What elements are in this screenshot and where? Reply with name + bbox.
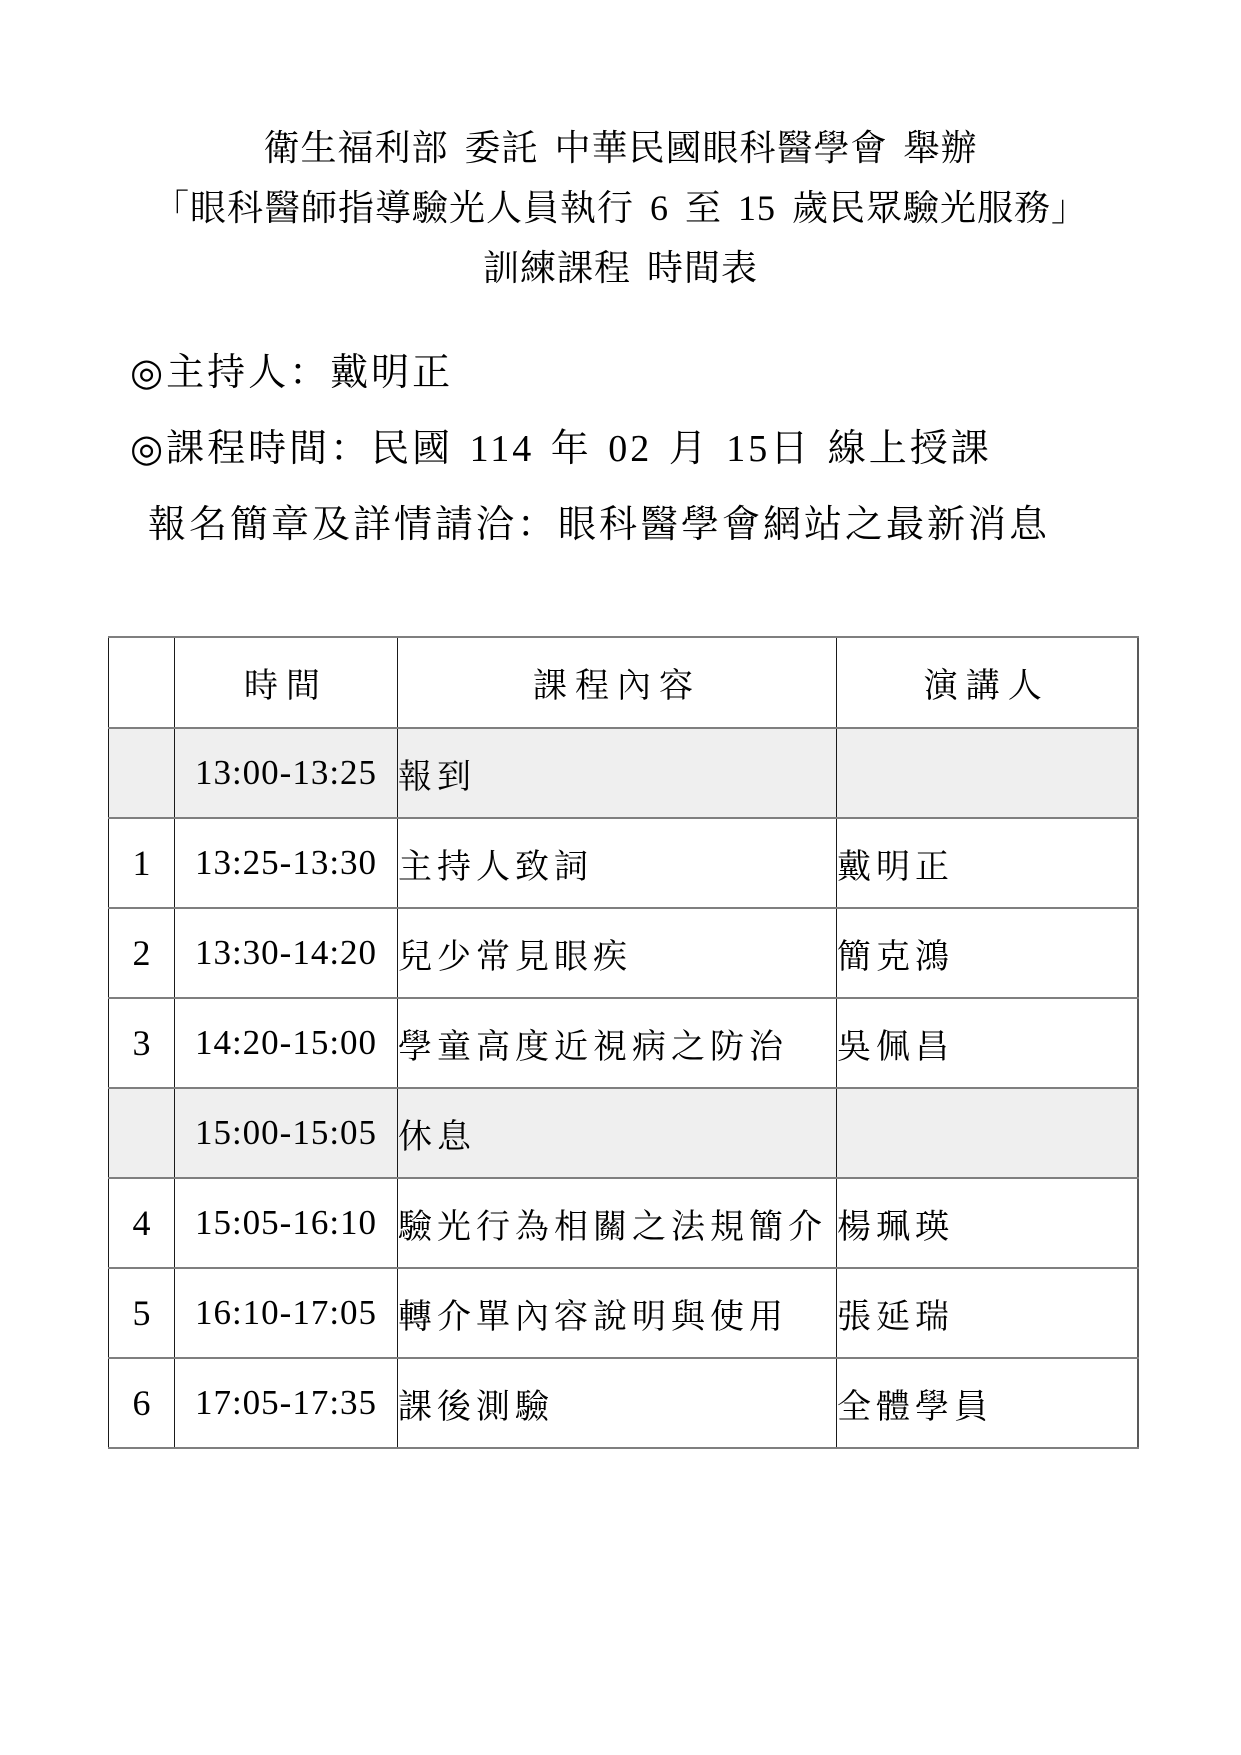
table-row: 213:30-14:20兒少常見眼疾簡克鴻 (109, 908, 1138, 998)
speaker-cell: 全體學員 (837, 1358, 1138, 1448)
table-header-row: 時間 課程內容 演講人 (109, 637, 1138, 728)
row-number-cell: 5 (109, 1268, 175, 1358)
speaker-cell (837, 728, 1138, 818)
doc-title-line-1: 衛生福利部 委託 中華民國眼科醫學會 舉辦 (0, 126, 1241, 170)
header-speaker-cell: 演講人 (837, 637, 1138, 728)
table-row: 415:05-16:10驗光行為相關之法規簡介楊珮瑛 (109, 1178, 1138, 1268)
table-row: 113:25-13:30主持人致詞戴明正 (109, 818, 1138, 908)
row-number-cell: 3 (109, 998, 175, 1088)
speaker-cell: 楊珮瑛 (837, 1178, 1138, 1268)
speaker-cell: 戴明正 (837, 818, 1138, 908)
course-content-cell: 報到 (398, 728, 837, 818)
speaker-cell: 張延瑞 (837, 1268, 1138, 1358)
speaker-cell (837, 1088, 1138, 1178)
time-cell: 15:05-16:10 (175, 1178, 398, 1268)
table-row: 617:05-17:35課後測驗全體學員 (109, 1358, 1138, 1448)
course-content-cell: 課後測驗 (398, 1358, 837, 1448)
table-row: 13:00-13:25報到 (109, 728, 1138, 818)
schedule-rows: 時間 課程內容 演講人 13:00-13:25報到113:25-13:30主持人… (109, 637, 1138, 1448)
course-content-cell: 兒少常見眼疾 (398, 908, 837, 998)
schedule-table: 時間 課程內容 演講人 13:00-13:25報到113:25-13:30主持人… (108, 636, 1139, 1449)
header-time-cell: 時間 (175, 637, 398, 728)
host-line: ◎主持人：戴明正 (130, 350, 453, 396)
row-number-cell (109, 1088, 175, 1178)
registration-info-line: 報名簡章及詳情請洽：眼科醫學會網站之最新消息 (148, 502, 1050, 548)
time-cell: 15:00-15:05 (175, 1088, 398, 1178)
row-number-cell (109, 728, 175, 818)
course-content-cell: 休息 (398, 1088, 837, 1178)
time-cell: 14:20-15:00 (175, 998, 398, 1088)
doc-title-line-3: 訓練課程 時間表 (0, 246, 1241, 290)
course-content-cell: 學童高度近視病之防治 (398, 998, 837, 1088)
table-row: 516:10-17:05轉介單內容說明與使用張延瑞 (109, 1268, 1138, 1358)
row-number-cell: 6 (109, 1358, 175, 1448)
time-cell: 13:25-13:30 (175, 818, 398, 908)
speaker-cell: 簡克鴻 (837, 908, 1138, 998)
course-time-line: ◎課程時間：民國 114 年 02 月 15日 線上授課 (130, 426, 992, 472)
speaker-cell: 吳佩昌 (837, 998, 1138, 1088)
time-cell: 16:10-17:05 (175, 1268, 398, 1358)
course-content-cell: 驗光行為相關之法規簡介 (398, 1178, 837, 1268)
table-row: 314:20-15:00學童高度近視病之防治吳佩昌 (109, 998, 1138, 1088)
table-row: 15:00-15:05休息 (109, 1088, 1138, 1178)
time-cell: 17:05-17:35 (175, 1358, 398, 1448)
course-content-cell: 轉介單內容說明與使用 (398, 1268, 837, 1358)
header-no-cell (109, 637, 175, 728)
row-number-cell: 1 (109, 818, 175, 908)
row-number-cell: 4 (109, 1178, 175, 1268)
row-number-cell: 2 (109, 908, 175, 998)
course-content-cell: 主持人致詞 (398, 818, 837, 908)
time-cell: 13:00-13:25 (175, 728, 398, 818)
header-content-cell: 課程內容 (398, 637, 837, 728)
document-page: 衛生福利部 委託 中華民國眼科醫學會 舉辦 「眼科醫師指導驗光人員執行 6 至 … (0, 0, 1241, 1755)
doc-title-line-2: 「眼科醫師指導驗光人員執行 6 至 15 歲民眾驗光服務」 (0, 186, 1241, 230)
time-cell: 13:30-14:20 (175, 908, 398, 998)
